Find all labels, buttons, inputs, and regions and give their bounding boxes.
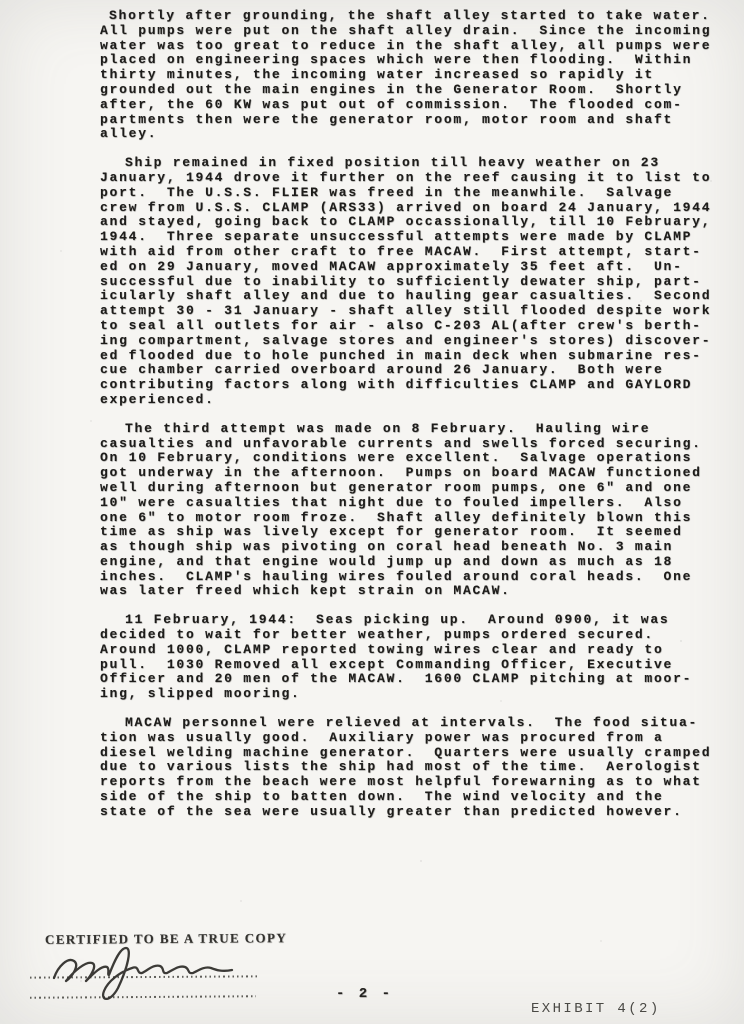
paragraph-11-february: 11 February, 1944: Seas picking up. Arou… — [100, 613, 740, 702]
paragraph-salvage-attempts: Ship remained in fixed position till hea… — [100, 156, 740, 408]
paragraph-personnel: MACAW personnel were relieved at interva… — [100, 716, 740, 820]
signature-script — [42, 940, 252, 1002]
exhibit-label: EXHIBIT 4(2) — [531, 1001, 661, 1017]
scan-noise — [0, 0, 2, 2]
document-body: Shortly after grounding, the shaft alley… — [100, 9, 740, 834]
paragraph-grounding: Shortly after grounding, the shaft alley… — [100, 9, 740, 142]
page-number: - 2 - — [336, 986, 393, 1002]
paragraph-third-attempt: The third attempt was made on 8 February… — [100, 422, 740, 600]
document-page: Shortly after grounding, the shaft alley… — [0, 0, 744, 1024]
